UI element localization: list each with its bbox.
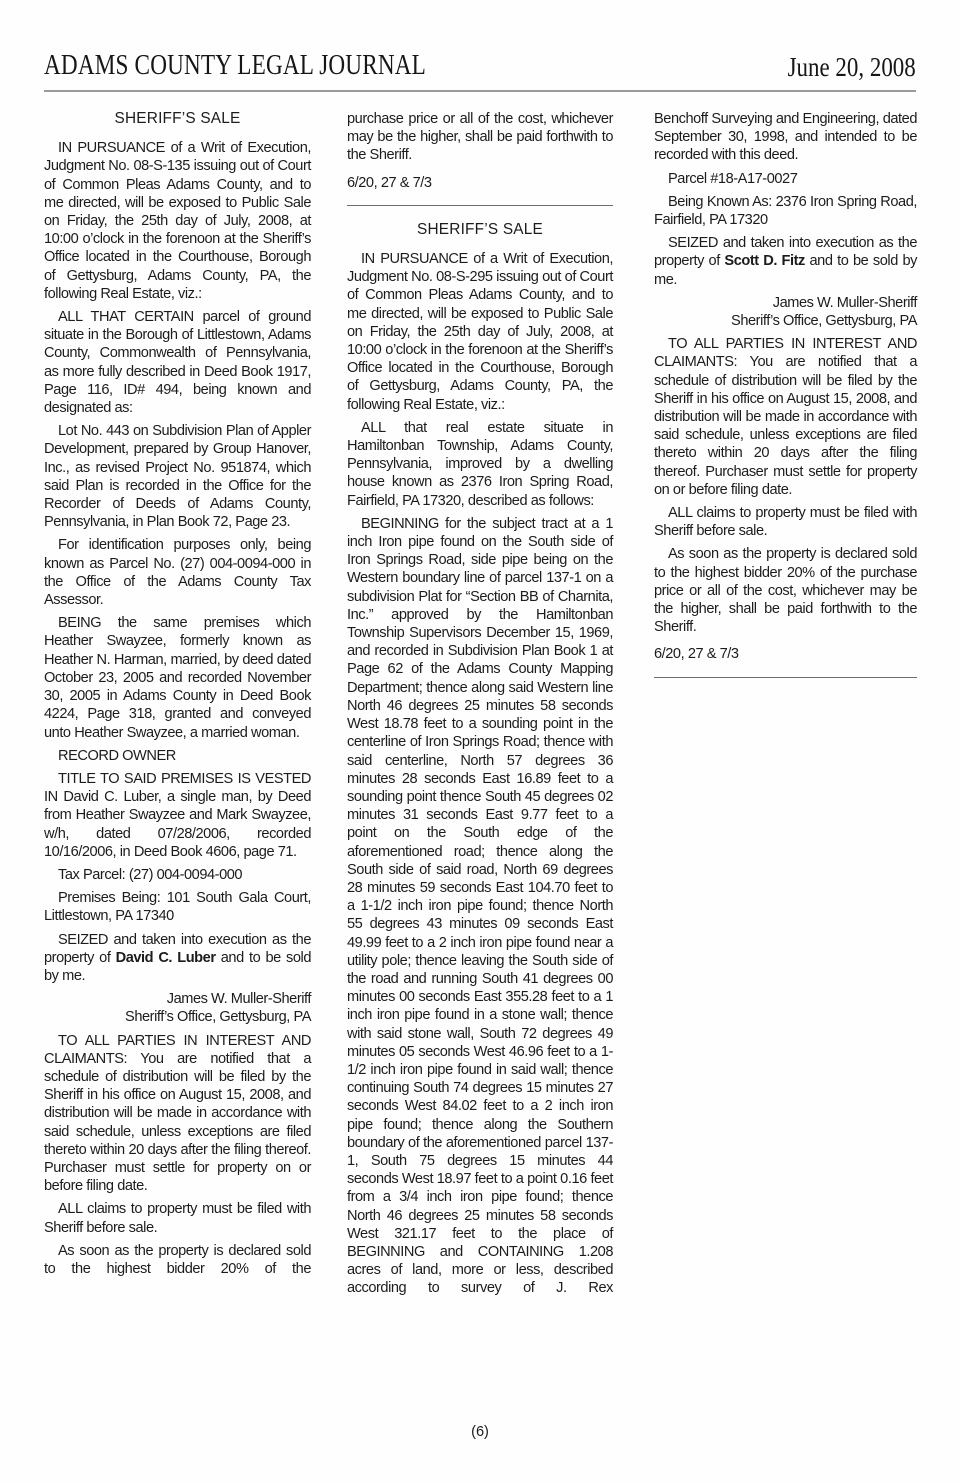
notice1-lot-paragraph: Lot No. 443 on Subdivision Plan of Apple… xyxy=(44,422,311,531)
notice1-heading: SHERIFF’S SALE xyxy=(44,110,311,128)
notice2-known-as-address: Being Known As: 2376 Iron Spring Road, F… xyxy=(654,193,917,229)
sheriff-name: James W. Muller-Sheriff xyxy=(654,294,917,312)
notice1-soon-paragraph-end: purchase price or all of the cost, which… xyxy=(347,110,613,165)
notice1-signature-block: James W. Muller-Sheriff Sheriff’s Office… xyxy=(44,990,311,1026)
notice2-beginning-paragraph-part1: BEGINNING for the subject tract at a 1 i… xyxy=(347,515,613,1298)
notice2-run-dates: 6/20, 27 & 7/3 xyxy=(654,645,917,663)
notice1-run-dates: 6/20, 27 & 7/3 xyxy=(347,174,613,192)
notice2-signature-block: James W. Muller-Sheriff Sheriff’s Office… xyxy=(654,294,917,330)
notice2-beginning-paragraph-part2: Benchoff Surveying and Engineering, date… xyxy=(654,110,917,165)
notice1-title-vested-paragraph: TITLE TO SAID PREMISES IS VESTED IN Davi… xyxy=(44,770,311,861)
notice1-record-owner-label: RECORD OWNER xyxy=(44,747,311,765)
notice1-parties-paragraph: TO ALL PARTIES IN INTEREST AND CLAIMANTS… xyxy=(44,1032,311,1196)
notice1-seized-paragraph: SEIZED and taken into execution as the p… xyxy=(44,931,311,986)
notice1-soon-paragraph-start: As soon as the property is declared sold… xyxy=(44,1242,311,1278)
sheriff-office: Sheriff’s Office, Gettysburg, PA xyxy=(654,312,917,330)
notice2-parties-paragraph: TO ALL PARTIES IN INTEREST AND CLAIMANTS… xyxy=(654,335,917,499)
notice1-tax-parcel: Tax Parcel: (27) 004-0094-000 xyxy=(44,866,311,884)
defendant-name: Scott D. Fitz xyxy=(724,253,804,269)
notice1-pursuance-paragraph: IN PURSUANCE of a Writ of Execution, Jud… xyxy=(44,139,311,303)
notice2-real-estate-paragraph: ALL that real estate situate in Hamilton… xyxy=(347,419,613,510)
defendant-name: David C. Luber xyxy=(116,950,216,966)
notice2-pursuance-paragraph: IN PURSUANCE of a Writ of Execution, Jud… xyxy=(347,250,613,414)
column-left: SHERIFF’S SALE IN PURSUANCE of a Writ of… xyxy=(44,110,311,1283)
journal-title: ADAMS COUNTY LEGAL JOURNAL xyxy=(44,49,426,82)
journal-page: ADAMS COUNTY LEGAL JOURNAL June 20, 2008… xyxy=(0,0,960,1483)
notice1-identification-paragraph: For identification purposes only, being … xyxy=(44,536,311,609)
notice2-soon-paragraph: As soon as the property is declared sold… xyxy=(654,545,917,636)
sheriff-office: Sheriff’s Office, Gettysburg, PA xyxy=(44,1008,311,1026)
notice2-claims-paragraph: ALL claims to property must be filed wit… xyxy=(654,504,917,540)
notice1-premises-address: Premises Being: 101 South Gala Court, Li… xyxy=(44,889,311,925)
page-number: (6) xyxy=(0,1424,960,1440)
column-middle: purchase price or all of the cost, which… xyxy=(347,110,613,1303)
notice2-parcel-number: Parcel #18-A17-0027 xyxy=(654,170,917,188)
notice-end-rule xyxy=(654,677,917,678)
notice1-claims-paragraph: ALL claims to property must be filed wit… xyxy=(44,1200,311,1236)
notice1-parcel-description: ALL THAT CERTAIN parcel of ground situat… xyxy=(44,308,311,417)
masthead-rule xyxy=(44,90,916,92)
sheriff-name: James W. Muller-Sheriff xyxy=(44,990,311,1008)
notice1-being-paragraph: BEING the same premises which Heather Sw… xyxy=(44,614,311,741)
notice2-heading: SHERIFF’S SALE xyxy=(347,221,613,239)
column-right: Benchoff Surveying and Engineering, date… xyxy=(654,110,917,693)
issue-date: June 20, 2008 xyxy=(788,52,916,83)
notice-divider-rule xyxy=(347,205,613,206)
notice2-seized-paragraph: SEIZED and taken into execution as the p… xyxy=(654,234,917,289)
